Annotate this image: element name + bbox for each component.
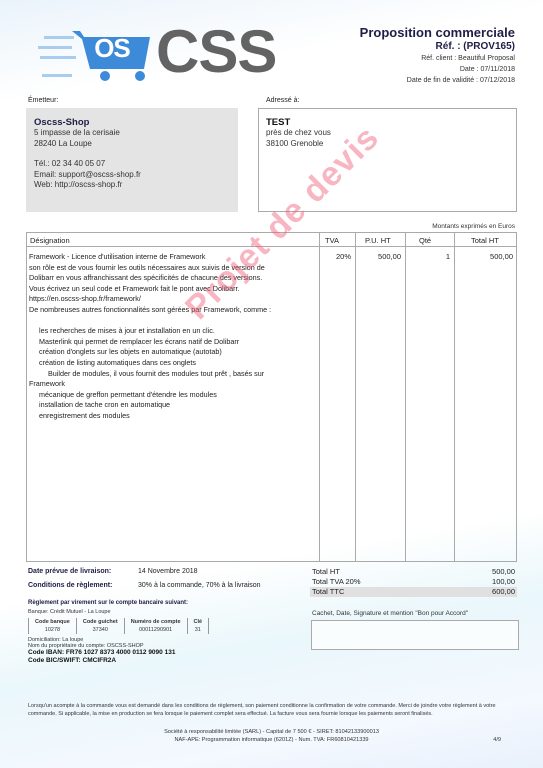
line-item-description: Framework - Licence d'utilisation intern…: [29, 252, 319, 422]
recipient-name: TEST: [266, 117, 509, 128]
header-total-ht: Total HT: [471, 236, 499, 245]
payment-terms-row: Conditions de règlement:30% à la command…: [28, 582, 261, 589]
bank-code-header: Code banque: [29, 618, 77, 626]
total-ttc-label: Total TTC: [312, 587, 344, 597]
header-designation: Désignation: [30, 236, 70, 245]
account-number-header: Numéro de compte: [124, 618, 187, 626]
document-date: Date : 07/11/2018: [360, 64, 515, 75]
key-header: Clé: [187, 618, 209, 626]
totals-block: Total HT500,00 Total TVA 20%100,00 Total…: [310, 567, 517, 597]
description-line: les recherches de mises à jour et instal…: [29, 326, 319, 337]
delivery-date-label: Date prévue de livraison:: [28, 568, 138, 575]
speed-line-decoration: [42, 74, 72, 77]
proposal-page: OS CSS Proposition commerciale Réf. : (P…: [0, 0, 543, 768]
sender-email[interactable]: Email: support@oscss-shop.fr: [34, 170, 230, 181]
document-ref: Réf. : (PROV165): [360, 40, 515, 53]
column-divider: [319, 233, 320, 561]
total-ttc-row: Total TTC600,00: [310, 587, 517, 597]
bank-name: Banque: Crédit Mutuel - La Loupe: [28, 609, 268, 615]
sender-web[interactable]: Web: http://oscss-shop.fr: [34, 180, 230, 191]
total-ht-label: Total HT: [312, 567, 340, 577]
description-line: Builder de modules, il vous fournit des …: [29, 369, 319, 380]
column-divider: [355, 233, 356, 561]
description-line: Dolibarr en vous affranchissant des spéc…: [29, 273, 319, 284]
recipient-box: TEST près de chez vous 38100 Grenoble: [258, 108, 517, 212]
document-header: Proposition commerciale Réf. : (PROV165)…: [360, 26, 515, 86]
description-line: installation de tache cron en automatiqu…: [29, 400, 319, 411]
bic-code: Code BIC/SWIFT: CMCIFR2A: [28, 657, 268, 665]
currency-note: Montants exprimés en Euros: [432, 223, 515, 230]
total-tva-row: Total TVA 20%100,00: [310, 577, 517, 587]
description-line: création de listing automatiques dans ce…: [29, 358, 319, 369]
company-logo: OS CSS: [30, 24, 260, 86]
line-item-total-ht: 500,00: [490, 252, 513, 261]
description-line: https://en.oscss-shop.fr/framework/: [29, 294, 319, 305]
line-item-qty: 1: [446, 252, 450, 261]
footer-line2: NAF-APE: Programmation informatique (620…: [0, 737, 543, 745]
logo-css-text: CSS: [156, 20, 276, 84]
sender-box: Oscss-Shop 5 impasse de la cerisaie 2824…: [26, 108, 238, 212]
bank-title: Règlement par virement sur le compte ban…: [28, 600, 268, 606]
bank-code-value: 10278: [29, 626, 77, 634]
total-ht-row: Total HT500,00: [310, 567, 517, 577]
account-number-value: 00011290901: [124, 626, 187, 634]
signature-label: Cachet, Date, Signature et mention "Bon …: [312, 610, 468, 617]
legal-notice: Lorsqu'un acompte à la commande vous est…: [28, 703, 516, 718]
sender-phone: Tél.: 02 34 40 05 07: [34, 159, 230, 170]
document-title: Proposition commerciale: [360, 26, 515, 40]
key-value: 31: [187, 626, 209, 634]
recipient-label: Adressé à:: [266, 97, 299, 104]
recipient-address1: près de chez vous: [266, 128, 509, 139]
total-tva-label: Total TVA 20%: [312, 577, 361, 587]
line-item-tva: 20%: [336, 252, 351, 261]
description-line: Framework - Licence d'utilisation intern…: [29, 252, 319, 263]
column-divider: [405, 233, 406, 561]
total-ht-value: 500,00: [492, 567, 515, 577]
logo-os-text: OS: [84, 32, 140, 64]
total-tva-value: 100,00: [492, 577, 515, 587]
description-line: création d'onglets sur les objets en aut…: [29, 347, 319, 358]
description-line: enregistrement des modules: [29, 411, 319, 422]
validity-date: Date de fin de validité : 07/12/2018: [360, 75, 515, 86]
column-divider: [454, 233, 455, 561]
header-qty: Qté: [419, 236, 431, 245]
speed-line-decoration: [38, 46, 72, 49]
page-number: 4/9: [493, 737, 501, 743]
cart-wheel-icon: [100, 71, 110, 81]
delivery-date-value: 14 Novembre 2018: [138, 568, 198, 575]
description-line: son rôle est de vous fournir les outils …: [29, 263, 319, 274]
description-line: Vous écrivez un seul code et Framework f…: [29, 284, 319, 295]
description-line: Framework: [29, 379, 319, 390]
delivery-date-row: Date prévue de livraison:14 Novembre 201…: [28, 568, 198, 575]
sender-label: Émetteur:: [28, 97, 58, 104]
total-ttc-value: 600,00: [492, 587, 515, 597]
header-pu-ht: P.U. HT: [365, 236, 391, 245]
description-line: Masterlink qui permet de remplacer les é…: [29, 337, 319, 348]
branch-code-header: Code guichet: [76, 618, 124, 626]
cart-wheel-icon: [135, 71, 145, 81]
branch-code-value: 37340: [76, 626, 124, 634]
iban-code: Code IBAN: FR76 1027 8373 4000 0112 9090…: [28, 649, 268, 657]
header-tva: TVA: [325, 236, 339, 245]
sender-name: Oscss-Shop: [34, 117, 230, 128]
line-items-table: Désignation TVA P.U. HT Qté Total HT Fra…: [26, 232, 517, 562]
bank-details: Règlement par virement sur le compte ban…: [28, 600, 268, 665]
footer-line1: Société à responsabilité limitée (SARL) …: [0, 729, 543, 737]
description-line: [29, 316, 319, 327]
signature-box[interactable]: [311, 620, 519, 650]
client-ref: Réf. client : Beautiful Proposal: [360, 53, 515, 64]
recipient-address2: 38100 Grenoble: [266, 139, 509, 150]
line-item-pu-ht: 500,00: [378, 252, 401, 261]
payment-terms-label: Conditions de règlement:: [28, 582, 138, 589]
payment-terms-value: 30% à la commande, 70% à la livraison: [138, 582, 261, 589]
description-line: mécanique de greffon permettant d'étendr…: [29, 390, 319, 401]
speed-line-decoration: [40, 56, 76, 59]
speed-line-decoration: [44, 36, 74, 39]
footer: Société à responsabilité limitée (SARL) …: [0, 729, 543, 744]
bank-account-table: Code banque Code guichet Numéro de compt…: [28, 618, 209, 634]
sender-address1: 5 impasse de la cerisaie: [34, 128, 230, 139]
sender-address2: 28240 La Loupe: [34, 139, 230, 150]
table-header: Désignation TVA P.U. HT Qté Total HT: [27, 233, 516, 247]
description-line: De nombreuses autres fonctionnalités son…: [29, 305, 319, 316]
